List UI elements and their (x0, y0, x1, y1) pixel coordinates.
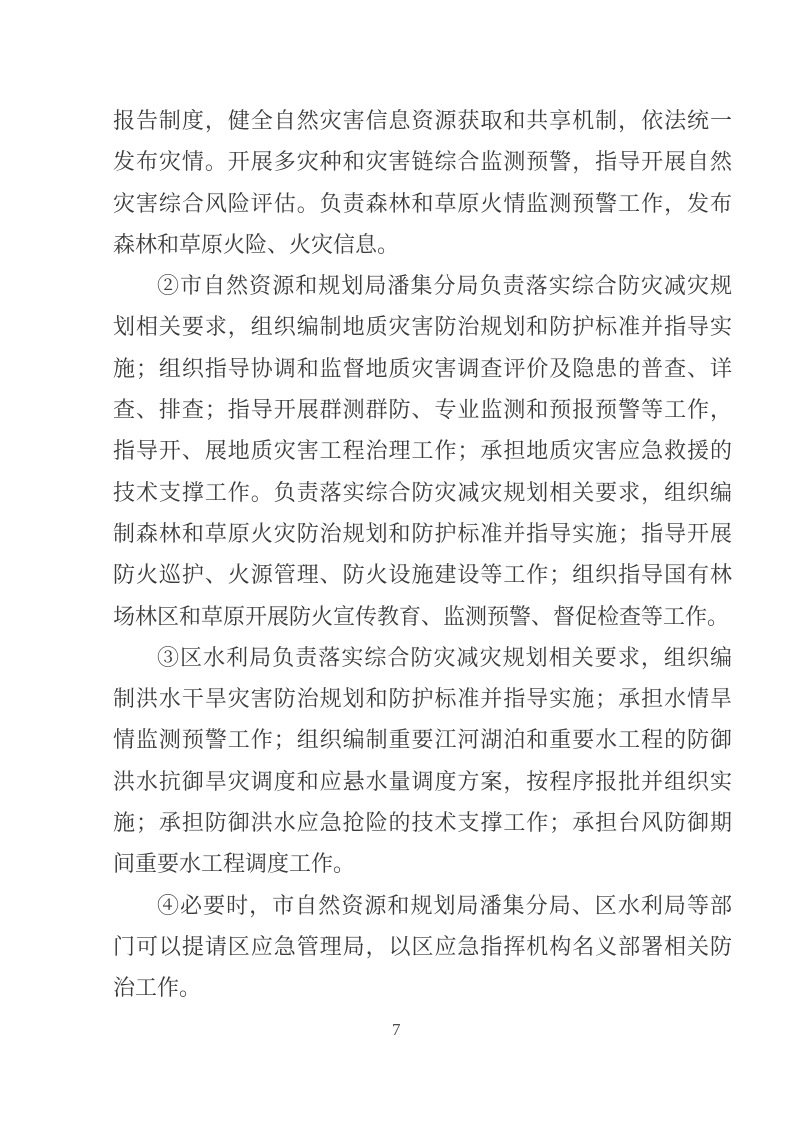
text-line: 间重要水工程调度工作。 (113, 843, 732, 884)
text-line: 防火巡护、火源管理、防火设施建设等工作；组织指导国有林 (113, 554, 732, 595)
text-line: 门可以提请区应急管理局，以区应急指挥机构名义部署相关防 (113, 926, 732, 967)
text-line: 情监测预警工作；组织编制重要江河湖泊和重要水工程的防御 (113, 719, 732, 760)
document-body: 报告制度，健全自然灾害信息资源获取和共享机制，依法统一发布灾情。开展多灾种和灾害… (113, 100, 732, 1009)
paragraph: ④必要时，市自然资源和规划局潘集分局、区水利局等部门可以提请区应急管理局，以区应… (113, 885, 732, 1009)
text-line: 指导开、展地质灾害工程治理工作；承担地质灾害应急救援的 (113, 430, 732, 471)
paragraph: ②市自然资源和规划局潘集分局负责落实综合防灾减灾规划相关要求，组织编制地质灾害防… (113, 265, 732, 637)
text-line: 技术支撑工作。负责落实综合防灾减灾规划相关要求，组织编 (113, 472, 732, 513)
page-footer: 7 (0, 1020, 793, 1040)
text-line: 报告制度，健全自然灾害信息资源获取和共享机制，依法统一 (113, 100, 732, 141)
page-number: 7 (392, 1020, 401, 1039)
paragraph: ③区水利局负责落实综合防灾减灾规划相关要求，组织编制洪水干旱灾害防治规划和防护标… (113, 637, 732, 885)
text-line: 施；承担防御洪水应急抢险的技术支撑工作；承担台风防御期 (113, 802, 732, 843)
text-line: 场林区和草原开展防火宣传教育、监测预警、督促检查等工作。 (113, 596, 732, 637)
text-line: ②市自然资源和规划局潘集分局负责落实综合防灾减灾规 (113, 265, 732, 306)
text-line: ③区水利局负责落实综合防灾减灾规划相关要求，组织编 (113, 637, 732, 678)
paragraph: 报告制度，健全自然灾害信息资源获取和共享机制，依法统一发布灾情。开展多灾种和灾害… (113, 100, 732, 265)
text-line: ④必要时，市自然资源和规划局潘集分局、区水利局等部 (113, 885, 732, 926)
text-line: 治工作。 (113, 967, 732, 1008)
text-line: 洪水抗御旱灾调度和应悬水量调度方案，按程序报批并组织实 (113, 761, 732, 802)
text-line: 划相关要求，组织编制地质灾害防治规划和防护标准并指导实 (113, 306, 732, 347)
text-line: 灾害综合风险评估。负责森林和草原火情监测预警工作，发布 (113, 183, 732, 224)
text-line: 制森林和草原火灾防治规划和防护标准并指导实施；指导开展 (113, 513, 732, 554)
text-line: 施；组织指导协调和监督地质灾害调查评价及隐患的普查、详 (113, 348, 732, 389)
text-line: 制洪水干旱灾害防治规划和防护标准并指导实施；承担水情旱 (113, 678, 732, 719)
text-line: 森林和草原火险、火灾信息。 (113, 224, 732, 265)
document-page: 报告制度，健全自然灾害信息资源获取和共享机制，依法统一发布灾情。开展多灾种和灾害… (0, 0, 793, 1122)
text-line: 发布灾情。开展多灾种和灾害链综合监测预警，指导开展自然 (113, 141, 732, 182)
text-line: 查、排查；指导开展群测群防、专业监测和预报预警等工作， (113, 389, 732, 430)
